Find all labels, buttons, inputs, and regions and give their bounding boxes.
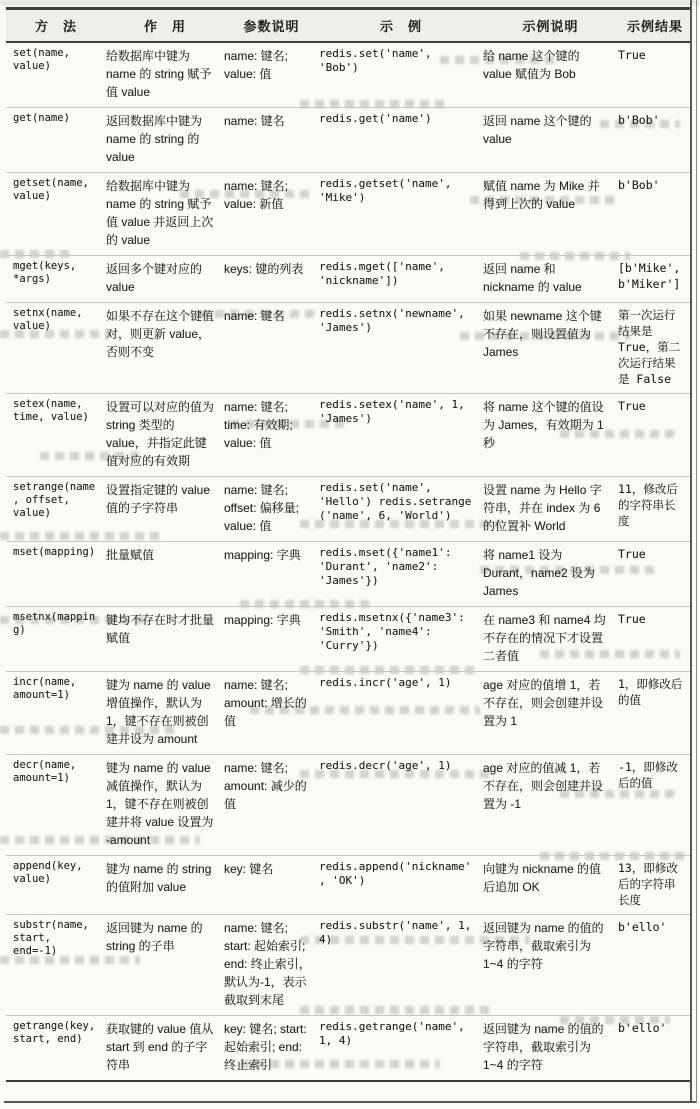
cell-method: set(name, value) (6, 42, 106, 108)
cell-params: keys: 键的列表 (224, 256, 319, 303)
cell-example: redis.getrange('name', 1, 4) (319, 1016, 483, 1082)
cell-example: redis.get('name') (319, 108, 483, 173)
cell-example: redis.set('name', 'Bob') (319, 42, 483, 108)
cell-params: name: 键名; offset: 偏移量; value: 值 (224, 477, 319, 542)
cell-method: incr(name, amount=1) (6, 672, 106, 755)
cell-method: mget(keys, *args) (6, 256, 106, 303)
cell-purpose: 返回键为 name 的 string 的子串 (106, 915, 224, 1016)
column-header-method: 方 法 (6, 9, 106, 43)
cell-params: key: 键名; start: 起始索引; end: 终止索引 (224, 1016, 319, 1082)
cell-result: True (618, 607, 692, 672)
cell-method: msetnx(mapping) (6, 607, 106, 672)
table-row: mget(keys, *args)返回多个键对应的 valuekeys: 键的列… (6, 256, 692, 303)
table-row: getrange(key, start, end)获取键的 value 值从 s… (6, 1016, 692, 1082)
cell-method: get(name) (6, 108, 106, 173)
cell-purpose: 批量赋值 (106, 542, 224, 607)
cell-purpose: 键为 name 的 value 增值操作，默认为 1，键不存在则被创建并设为 a… (106, 672, 224, 755)
cell-example_desc: 如果 newname 这个键不存在，则设置值为 James (483, 303, 618, 394)
cell-result: [b'Mike', b'Miker'] (618, 256, 692, 303)
cell-example: redis.incr('age', 1) (319, 672, 483, 755)
cell-params: name: 键名 (224, 303, 319, 394)
cell-example_desc: 给 name 这个键的 value 赋值为 Bob (483, 42, 618, 108)
cell-example: redis.substr('name', 1, 4) (319, 915, 483, 1016)
scanned-book-page: 方 法作 用参数说明示 例示例说明示例结果 set(name, value)给数… (0, 0, 700, 1109)
table-row: mset(mapping)批量赋值mapping: 字典redis.mset({… (6, 542, 692, 607)
cell-method: setnx(name, value) (6, 303, 106, 394)
cell-purpose: 如果不存在这个键值对，则更新 value，否则不变 (106, 303, 224, 394)
cell-example: redis.setnx('newname', 'James') (319, 303, 483, 394)
cell-purpose: 键均不存在时才批量赋值 (106, 607, 224, 672)
table-row: get(name)返回数据库中键为 name 的 string 的 valuen… (6, 108, 692, 173)
table-row: incr(name, amount=1)键为 name 的 value 增值操作… (6, 672, 692, 755)
cell-purpose: 键为 name 的 string 的值附加 value (106, 856, 224, 915)
cell-purpose: 给数据库中键为 name 的 string 赋予值 value (106, 42, 224, 108)
cell-example: redis.mget(['name', 'nickname']) (319, 256, 483, 303)
table-row: msetnx(mapping)键均不存在时才批量赋值mapping: 字典red… (6, 607, 692, 672)
cell-example: redis.setex('name', 1, 'James') (319, 394, 483, 477)
cell-method: setrange(name, offset, value) (6, 477, 106, 542)
cell-example_desc: 在 name3 和 name4 均不存在的情况下才设置二者值 (483, 607, 618, 672)
table-row: decr(name, amount=1)键为 name 的 value 减值操作… (6, 755, 692, 856)
cell-result: 13，即修改后的字符串长度 (618, 856, 692, 915)
cell-example_desc: 返回键为 name 的值的字符串，截取索引为 1~4 的字符 (483, 915, 618, 1016)
cell-params: name: 键名; amount: 减少的值 (224, 755, 319, 856)
cell-params: name: 键名 (224, 108, 319, 173)
cell-params: name: 键名; value: 值 (224, 42, 319, 108)
cell-result: b'Bob' (618, 108, 692, 173)
cell-params: name: 键名; value: 新值 (224, 173, 319, 256)
cell-example_desc: age 对应的值增 1，若不存在，则会创建并设置为 1 (483, 672, 618, 755)
cell-example: redis.set('name', 'Hello') redis.setrang… (319, 477, 483, 542)
cell-purpose: 设置可以对应的值为 string 类型的 value，并指定此键值对应的有效期 (106, 394, 224, 477)
page-edge-line-bottom (4, 1101, 696, 1103)
cell-example_desc: age 对应的值减 1，若不存在，则会创建并设置为 -1 (483, 755, 618, 856)
table-row: getset(name, value)给数据库中键为 name 的 string… (6, 173, 692, 256)
cell-example_desc: 设置 name 为 Hello 字符串，并在 index 为 6 的位置补 Wo… (483, 477, 618, 542)
cell-example: redis.msetnx({'name3': 'Smith', 'name4':… (319, 607, 483, 672)
cell-params: mapping: 字典 (224, 607, 319, 672)
cell-example_desc: 将 name1 设为 Durant，name2 设为 James (483, 542, 618, 607)
cell-example_desc: 返回 name 这个键的 value (483, 108, 618, 173)
table-row: set(name, value)给数据库中键为 name 的 string 赋予… (6, 42, 692, 108)
redis-string-methods-table: 方 法作 用参数说明示 例示例说明示例结果 set(name, value)给数… (6, 7, 692, 1082)
cell-params: name: 键名; time: 有效期; value: 值 (224, 394, 319, 477)
column-header-example: 示 例 (319, 9, 483, 43)
cell-result: 11，修改后的字符串长度 (618, 477, 692, 542)
cell-result: True (618, 394, 692, 477)
cell-result: -1，即修改后的值 (618, 755, 692, 856)
cell-result: b'ello' (618, 915, 692, 1016)
column-header-result: 示例结果 (618, 9, 692, 43)
column-header-purpose: 作 用 (106, 9, 224, 43)
page-edge-line-right (690, 0, 692, 1103)
table-row: setex(name, time, value)设置可以对应的值为 string… (6, 394, 692, 477)
cell-purpose: 给数据库中键为 name 的 string 赋予值 value 并返回上次的 v… (106, 173, 224, 256)
cell-purpose: 键为 name 的 value 减值操作，默认为 1，键不存在则被创建并将 va… (106, 755, 224, 856)
cell-example_desc: 向键为 nickname 的值后追加 OK (483, 856, 618, 915)
cell-result: 第一次运行结果是 True，第二次运行结果是 False (618, 303, 692, 394)
cell-params: mapping: 字典 (224, 542, 319, 607)
cell-params: name: 键名; start: 起始索引; end: 终止索引，默认为-1，表… (224, 915, 319, 1016)
cell-method: append(key, value) (6, 856, 106, 915)
cell-example_desc: 赋值 name 为 Mike 并得到上次的 value (483, 173, 618, 256)
cell-result: b'Bob' (618, 173, 692, 256)
page-edge-line-right-outer (696, 0, 697, 1103)
cell-purpose: 设置指定键的 value 值的子字符串 (106, 477, 224, 542)
cell-result: b'ello' (618, 1016, 692, 1082)
cell-method: setex(name, time, value) (6, 394, 106, 477)
table-row: substr(name, start, end=-1)返回键为 name 的 s… (6, 915, 692, 1016)
cell-example_desc: 返回 name 和 nickname 的 value (483, 256, 618, 303)
column-header-example_desc: 示例说明 (483, 9, 618, 43)
cell-method: decr(name, amount=1) (6, 755, 106, 856)
cell-purpose: 返回数据库中键为 name 的 string 的 value (106, 108, 224, 173)
table-row: setnx(name, value)如果不存在这个键值对，则更新 value，否… (6, 303, 692, 394)
cell-method: mset(mapping) (6, 542, 106, 607)
cell-example: redis.mset({'name1': 'Durant', 'name2': … (319, 542, 483, 607)
cell-method: getset(name, value) (6, 173, 106, 256)
table-row: setrange(name, offset, value)设置指定键的 valu… (6, 477, 692, 542)
cell-purpose: 获取键的 value 值从 start 到 end 的子字符串 (106, 1016, 224, 1082)
table-row: append(key, value)键为 name 的 string 的值附加 … (6, 856, 692, 915)
cell-result: True (618, 542, 692, 607)
scan-top-smudge (0, 0, 700, 6)
cell-params: key: 键名 (224, 856, 319, 915)
cell-method: getrange(key, start, end) (6, 1016, 106, 1082)
table-body: set(name, value)给数据库中键为 name 的 string 赋予… (6, 42, 692, 1081)
cell-example: redis.decr('age', 1) (319, 755, 483, 856)
cell-example: redis.append('nickname', 'OK') (319, 856, 483, 915)
column-header-params: 参数说明 (224, 9, 319, 43)
cell-purpose: 返回多个键对应的 value (106, 256, 224, 303)
cell-result: True (618, 42, 692, 108)
table-header-row: 方 法作 用参数说明示 例示例说明示例结果 (6, 9, 692, 43)
cell-example_desc: 将 name 这个键的值设为 James，有效期为 1 秒 (483, 394, 618, 477)
cell-params: name: 键名; amount: 增长的值 (224, 672, 319, 755)
cell-method: substr(name, start, end=-1) (6, 915, 106, 1016)
cell-result: 1，即修改后的值 (618, 672, 692, 755)
cell-example: redis.getset('name', 'Mike') (319, 173, 483, 256)
cell-example_desc: 返回键为 name 的值的字符串，截取索引为 1~4 的字符 (483, 1016, 618, 1082)
